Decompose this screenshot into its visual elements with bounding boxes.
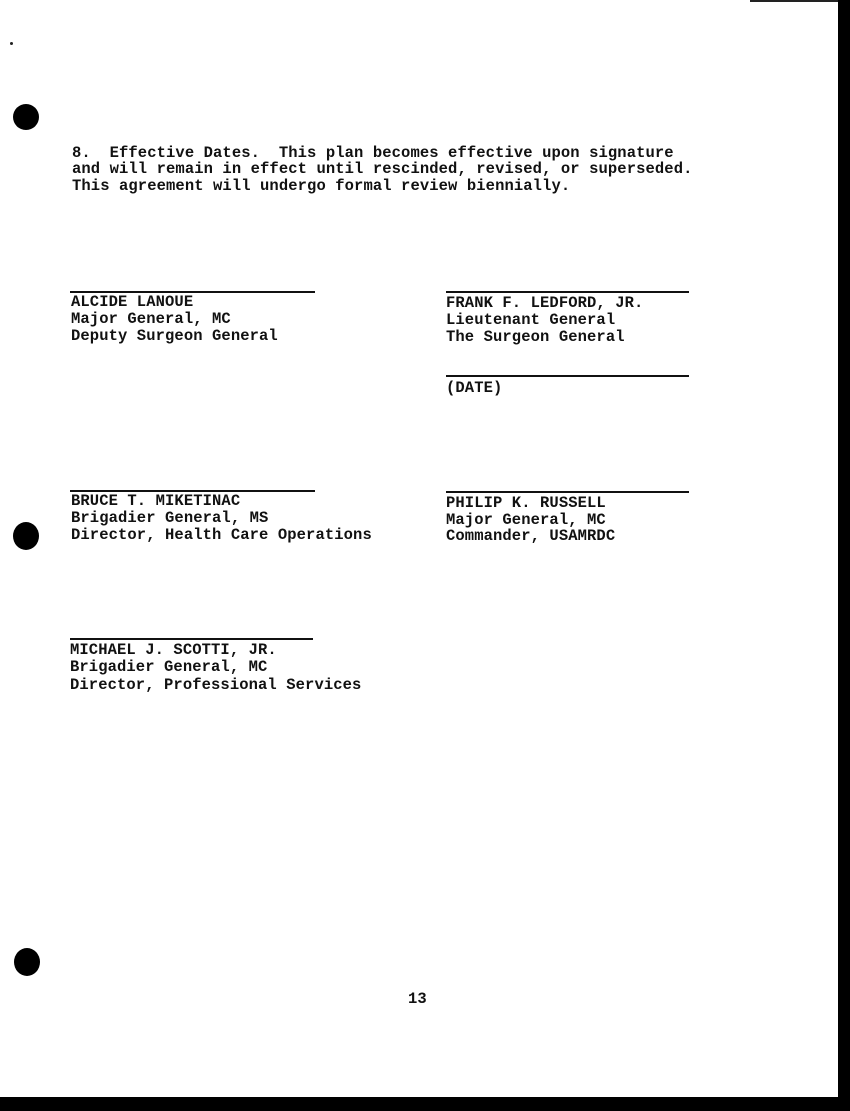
signature-line (70, 638, 313, 640)
signer-rank: Brigadier General, MC (70, 659, 267, 676)
punch-hole-icon (13, 104, 39, 130)
punch-hole-icon (14, 948, 40, 976)
signer-rank: Lieutenant General (446, 312, 615, 329)
date-line (446, 375, 689, 377)
punch-hole-icon (13, 522, 39, 550)
page-edge-bottom (0, 1097, 850, 1111)
page-number: 13 (408, 991, 427, 1008)
signer-title: Director, Professional Services (70, 677, 361, 694)
signer-title: Director, Health Care Operations (71, 527, 372, 544)
signer-title: Deputy Surgeon General (71, 328, 278, 345)
signer-name: FRANK F. LEDFORD, JR. (446, 295, 643, 312)
signer-rank: Brigadier General, MS (71, 510, 268, 527)
signer-title: The Surgeon General (446, 329, 625, 346)
paragraph-line: This agreement will undergo formal revie… (72, 178, 570, 195)
paragraph-line: and will remain in effect until rescinde… (72, 161, 693, 178)
signer-name: MICHAEL J. SCOTTI, JR. (70, 642, 277, 659)
signer-rank: Major General, MC (71, 311, 231, 328)
date-label: (DATE) (446, 380, 502, 397)
scan-speck (10, 42, 13, 45)
page-edge-right (838, 0, 850, 1111)
signer-name: BRUCE T. MIKETINAC (71, 493, 240, 510)
signer-title: Commander, USAMRDC (446, 528, 615, 545)
page-edge-top (750, 0, 850, 2)
signature-line (446, 491, 689, 493)
signature-line (446, 291, 689, 293)
signer-name: ALCIDE LANOUE (71, 294, 193, 311)
signer-name: PHILIP K. RUSSELL (446, 495, 606, 512)
